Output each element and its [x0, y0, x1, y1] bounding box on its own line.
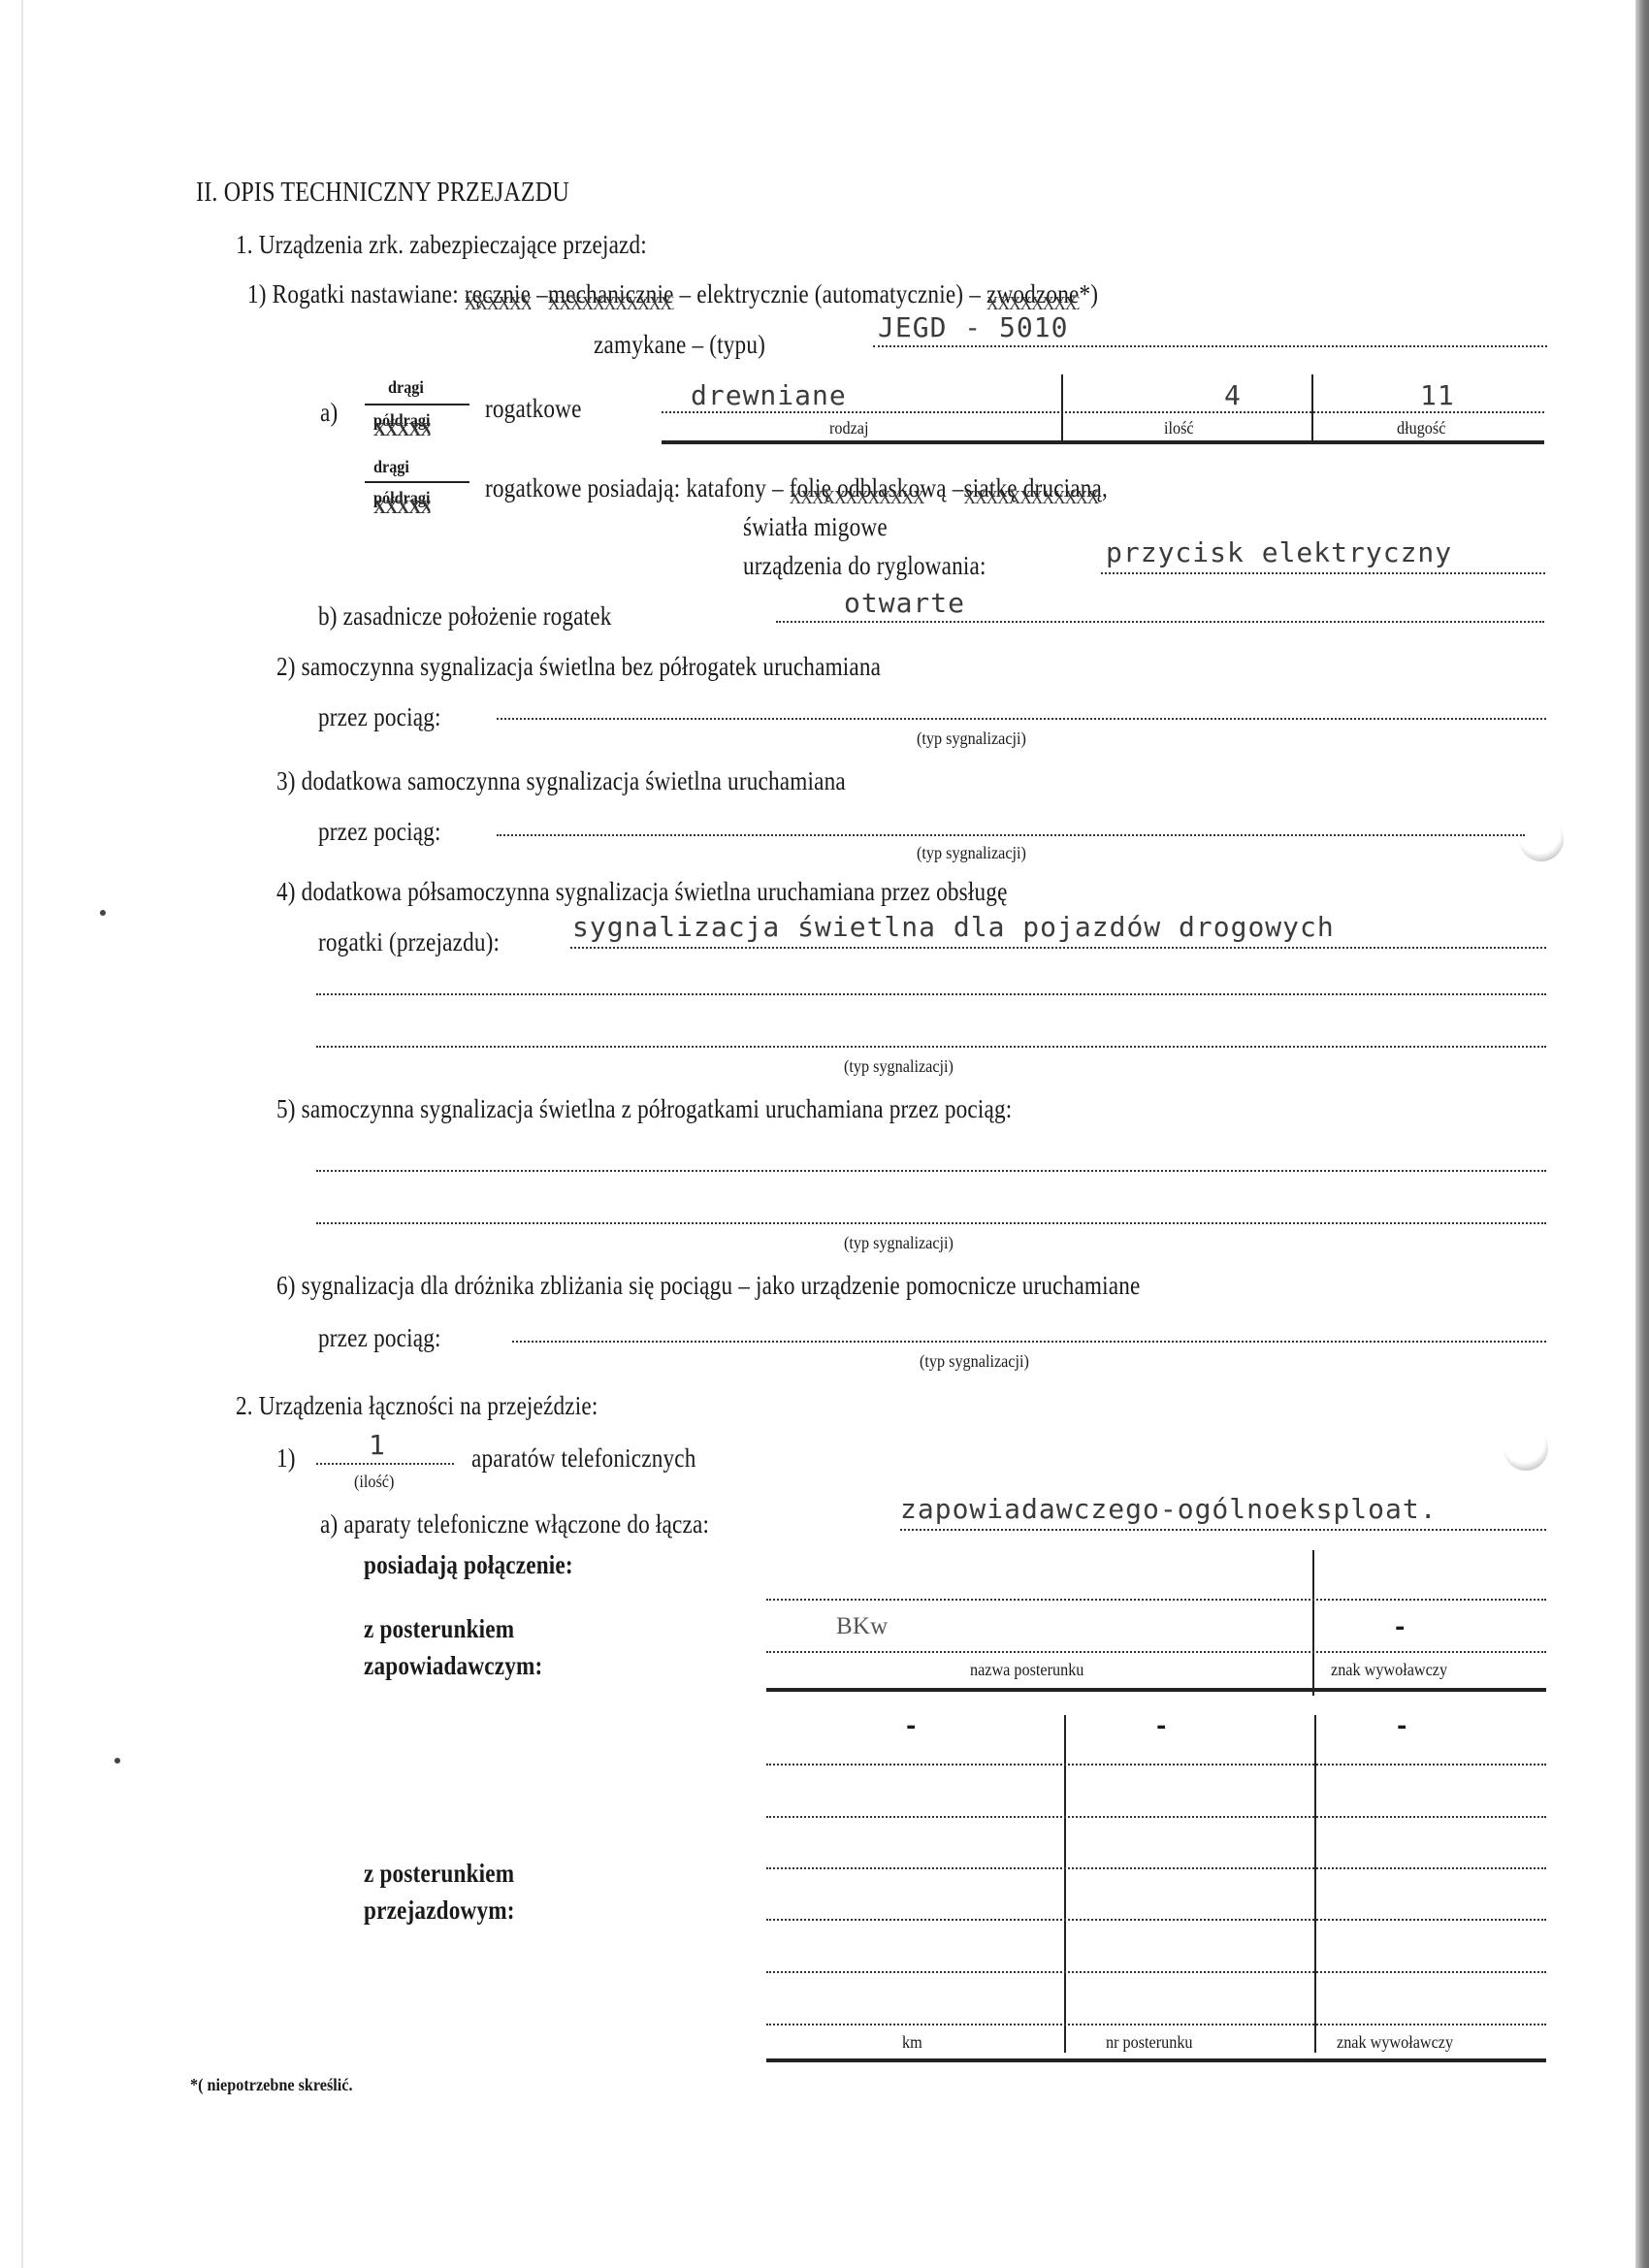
rogatkowe-label: rogatkowe	[485, 394, 582, 423]
b-label: b) zasadnicze położenie rogatek	[318, 601, 612, 631]
item3-przez: przez pociąg:	[318, 817, 441, 846]
item3-field-line[interactable]	[497, 834, 1525, 836]
col-nazwa-posterunku: nazwa posterunku	[970, 1659, 1083, 1680]
lacze-value[interactable]: zapowiadawczego-ogólnoeksploat.	[900, 1494, 1438, 1525]
przej-row-line[interactable]	[766, 2024, 1546, 2025]
col-rodzaj: rodzaj	[829, 417, 868, 438]
fraction-bottom-poldragi-struck: półdrągi	[373, 487, 431, 508]
item4-field-line-3[interactable]	[316, 1046, 1546, 1048]
column-divider	[1061, 374, 1063, 442]
phone-count-caption: (ilość)	[354, 1471, 394, 1492]
col-znak-wywolawczy: znak wywoławczy	[1331, 1659, 1447, 1680]
item5-field-line-2[interactable]	[316, 1222, 1546, 1224]
option-elektrycznie: – elektrycznie (automatycznie) –	[680, 279, 981, 308]
footnote-mark: *)	[1079, 279, 1098, 308]
item3-caption: (typ sygnalizacji)	[917, 842, 1026, 863]
item5-field-line-1[interactable]	[316, 1170, 1546, 1172]
item5-caption: (typ sygnalizacji)	[844, 1232, 954, 1253]
footnote: *( niepotrzebne skreślić.	[190, 2074, 353, 2095]
posiadaja-line: rogatkowe posiadają: katafony – folię od…	[485, 473, 1108, 502]
a-label: a)	[320, 398, 338, 427]
section1-heading: 1. Urządzenia zrk. zabezpieczające przej…	[236, 230, 647, 259]
phones-label: aparatów telefonicznych	[471, 1443, 696, 1473]
znak-wywolawczy-value[interactable]: -	[1395, 1612, 1406, 1641]
item2-przez: przez pociąg:	[318, 702, 441, 731]
przejazdowy-label-1: z posterunkiem	[364, 1859, 514, 1888]
polozenie-value[interactable]: otwarte	[844, 588, 965, 619]
przej-row-line[interactable]	[766, 1971, 1546, 1973]
column-divider	[1311, 374, 1313, 442]
ilosc-value[interactable]: 4	[1224, 380, 1242, 411]
znak-value[interactable]: -	[1397, 1711, 1407, 1740]
fraction-top-dragi: drągi	[373, 456, 409, 477]
section2-heading: 2. Urządzenia łączności na przejeździe:	[236, 1391, 598, 1420]
item6-field-line[interactable]	[512, 1341, 1546, 1343]
punch-hole	[1503, 1426, 1548, 1471]
swiatla-migowe: światła migowe	[743, 512, 888, 541]
col-znak-wywolawczy: znak wywoławczy	[1337, 2031, 1453, 2053]
option-siatke-struck: siatkę drucianą,	[964, 473, 1108, 502]
fraction-bottom-poldragi-struck: półdrągi	[373, 409, 431, 431]
item2-field-line[interactable]	[497, 718, 1546, 720]
scan-edge-left	[21, 0, 23, 2268]
column-divider	[1064, 1715, 1066, 2053]
zapowiadawczy-label-2: zapowiadawczym:	[364, 1651, 542, 1680]
table-rule	[662, 440, 1544, 444]
przej-row-line[interactable]	[766, 1764, 1546, 1766]
rogatki-line: 1) Rogatki nastawiane: ręcznie –mechanic…	[247, 279, 1098, 308]
col-ilosc: ilość	[1164, 417, 1194, 438]
polozenie-field-line	[776, 621, 1544, 623]
table-rule	[766, 2058, 1546, 2062]
przej-row-line[interactable]	[766, 1816, 1546, 1818]
table-rule	[766, 1688, 1546, 1692]
phone-count-value[interactable]: 1	[369, 1430, 386, 1461]
option-folie-struck: folię odblaskową	[790, 473, 947, 502]
section-title: II. OPIS TECHNICZNY PRZEJAZDU	[196, 178, 569, 208]
item6-caption: (typ sygnalizacji)	[920, 1350, 1029, 1372]
punch-hole	[1519, 817, 1564, 861]
zap-row-line	[766, 1599, 1546, 1601]
dash: –	[536, 279, 548, 308]
ryglowanie-value[interactable]: przycisk elektryczny	[1106, 537, 1452, 568]
item5-label: 5) samoczynna sygnalizacja świetlna z pó…	[276, 1094, 1012, 1123]
rodzaj-value[interactable]: drewniane	[691, 380, 847, 411]
option-mechanicznie-struck: mechanicznie	[548, 279, 674, 308]
item3-label: 3) dodatkowa samoczynna sygnalizacja świ…	[276, 766, 846, 795]
item4-field-line	[570, 947, 1546, 949]
przejazdowy-label-2: przejazdowym:	[364, 1895, 515, 1925]
item4-field-line-2[interactable]	[316, 993, 1546, 995]
fraction-top-dragi: drągi	[388, 376, 424, 398]
nazwa-posterunku-value[interactable]: BKw	[836, 1612, 888, 1641]
item4-rogatki: rogatki (przejazdu):	[318, 927, 500, 956]
km-value[interactable]: -	[906, 1711, 917, 1740]
item4-label: 4) dodatkowa półsamoczynna sygnalizacja …	[276, 877, 1008, 906]
rogatki-field-line	[662, 411, 1544, 413]
ryglowanie-label: urządzenia do ryglowania:	[743, 551, 986, 580]
przej-row-line[interactable]	[766, 1919, 1546, 1921]
column-divider	[1312, 1550, 1314, 1696]
scan-speck	[100, 910, 106, 916]
zapowiadawczy-label-1: z posterunkiem	[364, 1614, 514, 1643]
lacze-field-line	[900, 1529, 1546, 1531]
zap-row-line	[766, 1651, 1546, 1653]
scan-speck	[114, 1758, 120, 1764]
dlugosc-value[interactable]: 11	[1420, 380, 1455, 411]
item2-caption: (typ sygnalizacji)	[917, 728, 1026, 749]
zamykane-field-line	[873, 345, 1547, 347]
column-divider	[1314, 1715, 1316, 2053]
item6-label: 6) sygnalizacja dla dróżnika zbliżania s…	[276, 1271, 1141, 1300]
przej-row-line[interactable]	[766, 1867, 1546, 1869]
rogatki-label: 1) Rogatki nastawiane:	[247, 279, 459, 308]
col-nr-posterunku: nr posterunku	[1106, 2031, 1193, 2053]
item4-value[interactable]: sygnalizacja świetlna dla pojazdów drogo…	[572, 912, 1335, 943]
item4-caption: (typ sygnalizacji)	[844, 1055, 954, 1077]
s2-a-label: a) aparaty telefoniczne włączone do łącz…	[320, 1509, 709, 1539]
option-recznie-struck: ręcznie	[465, 279, 531, 308]
zamykane-value[interactable]: JEGD - 5010	[878, 312, 1068, 343]
col-dlugosc: długość	[1397, 417, 1445, 438]
fraction-line	[365, 404, 469, 405]
col-km: km	[902, 2031, 922, 2053]
scan-edge-right	[1635, 0, 1649, 2268]
option-zwodzone-struck: zwodzone	[986, 279, 1080, 308]
phone-count-field-line	[316, 1463, 454, 1465]
ryglowanie-field-line	[1101, 572, 1545, 574]
posiadaja-polaczenie: posiadają połączenie:	[364, 1550, 573, 1579]
item6-przez: przez pociąg:	[318, 1323, 441, 1352]
nr-posterunku-value[interactable]: -	[1156, 1711, 1167, 1740]
fraction-line	[365, 481, 469, 483]
s2-item1-num: 1)	[276, 1443, 296, 1473]
zamykane-label: zamykane – (typu)	[594, 330, 765, 359]
item2-label: 2) samoczynna sygnalizacja świetlna bez …	[276, 652, 881, 681]
option-katafony: katafony –	[686, 473, 783, 502]
